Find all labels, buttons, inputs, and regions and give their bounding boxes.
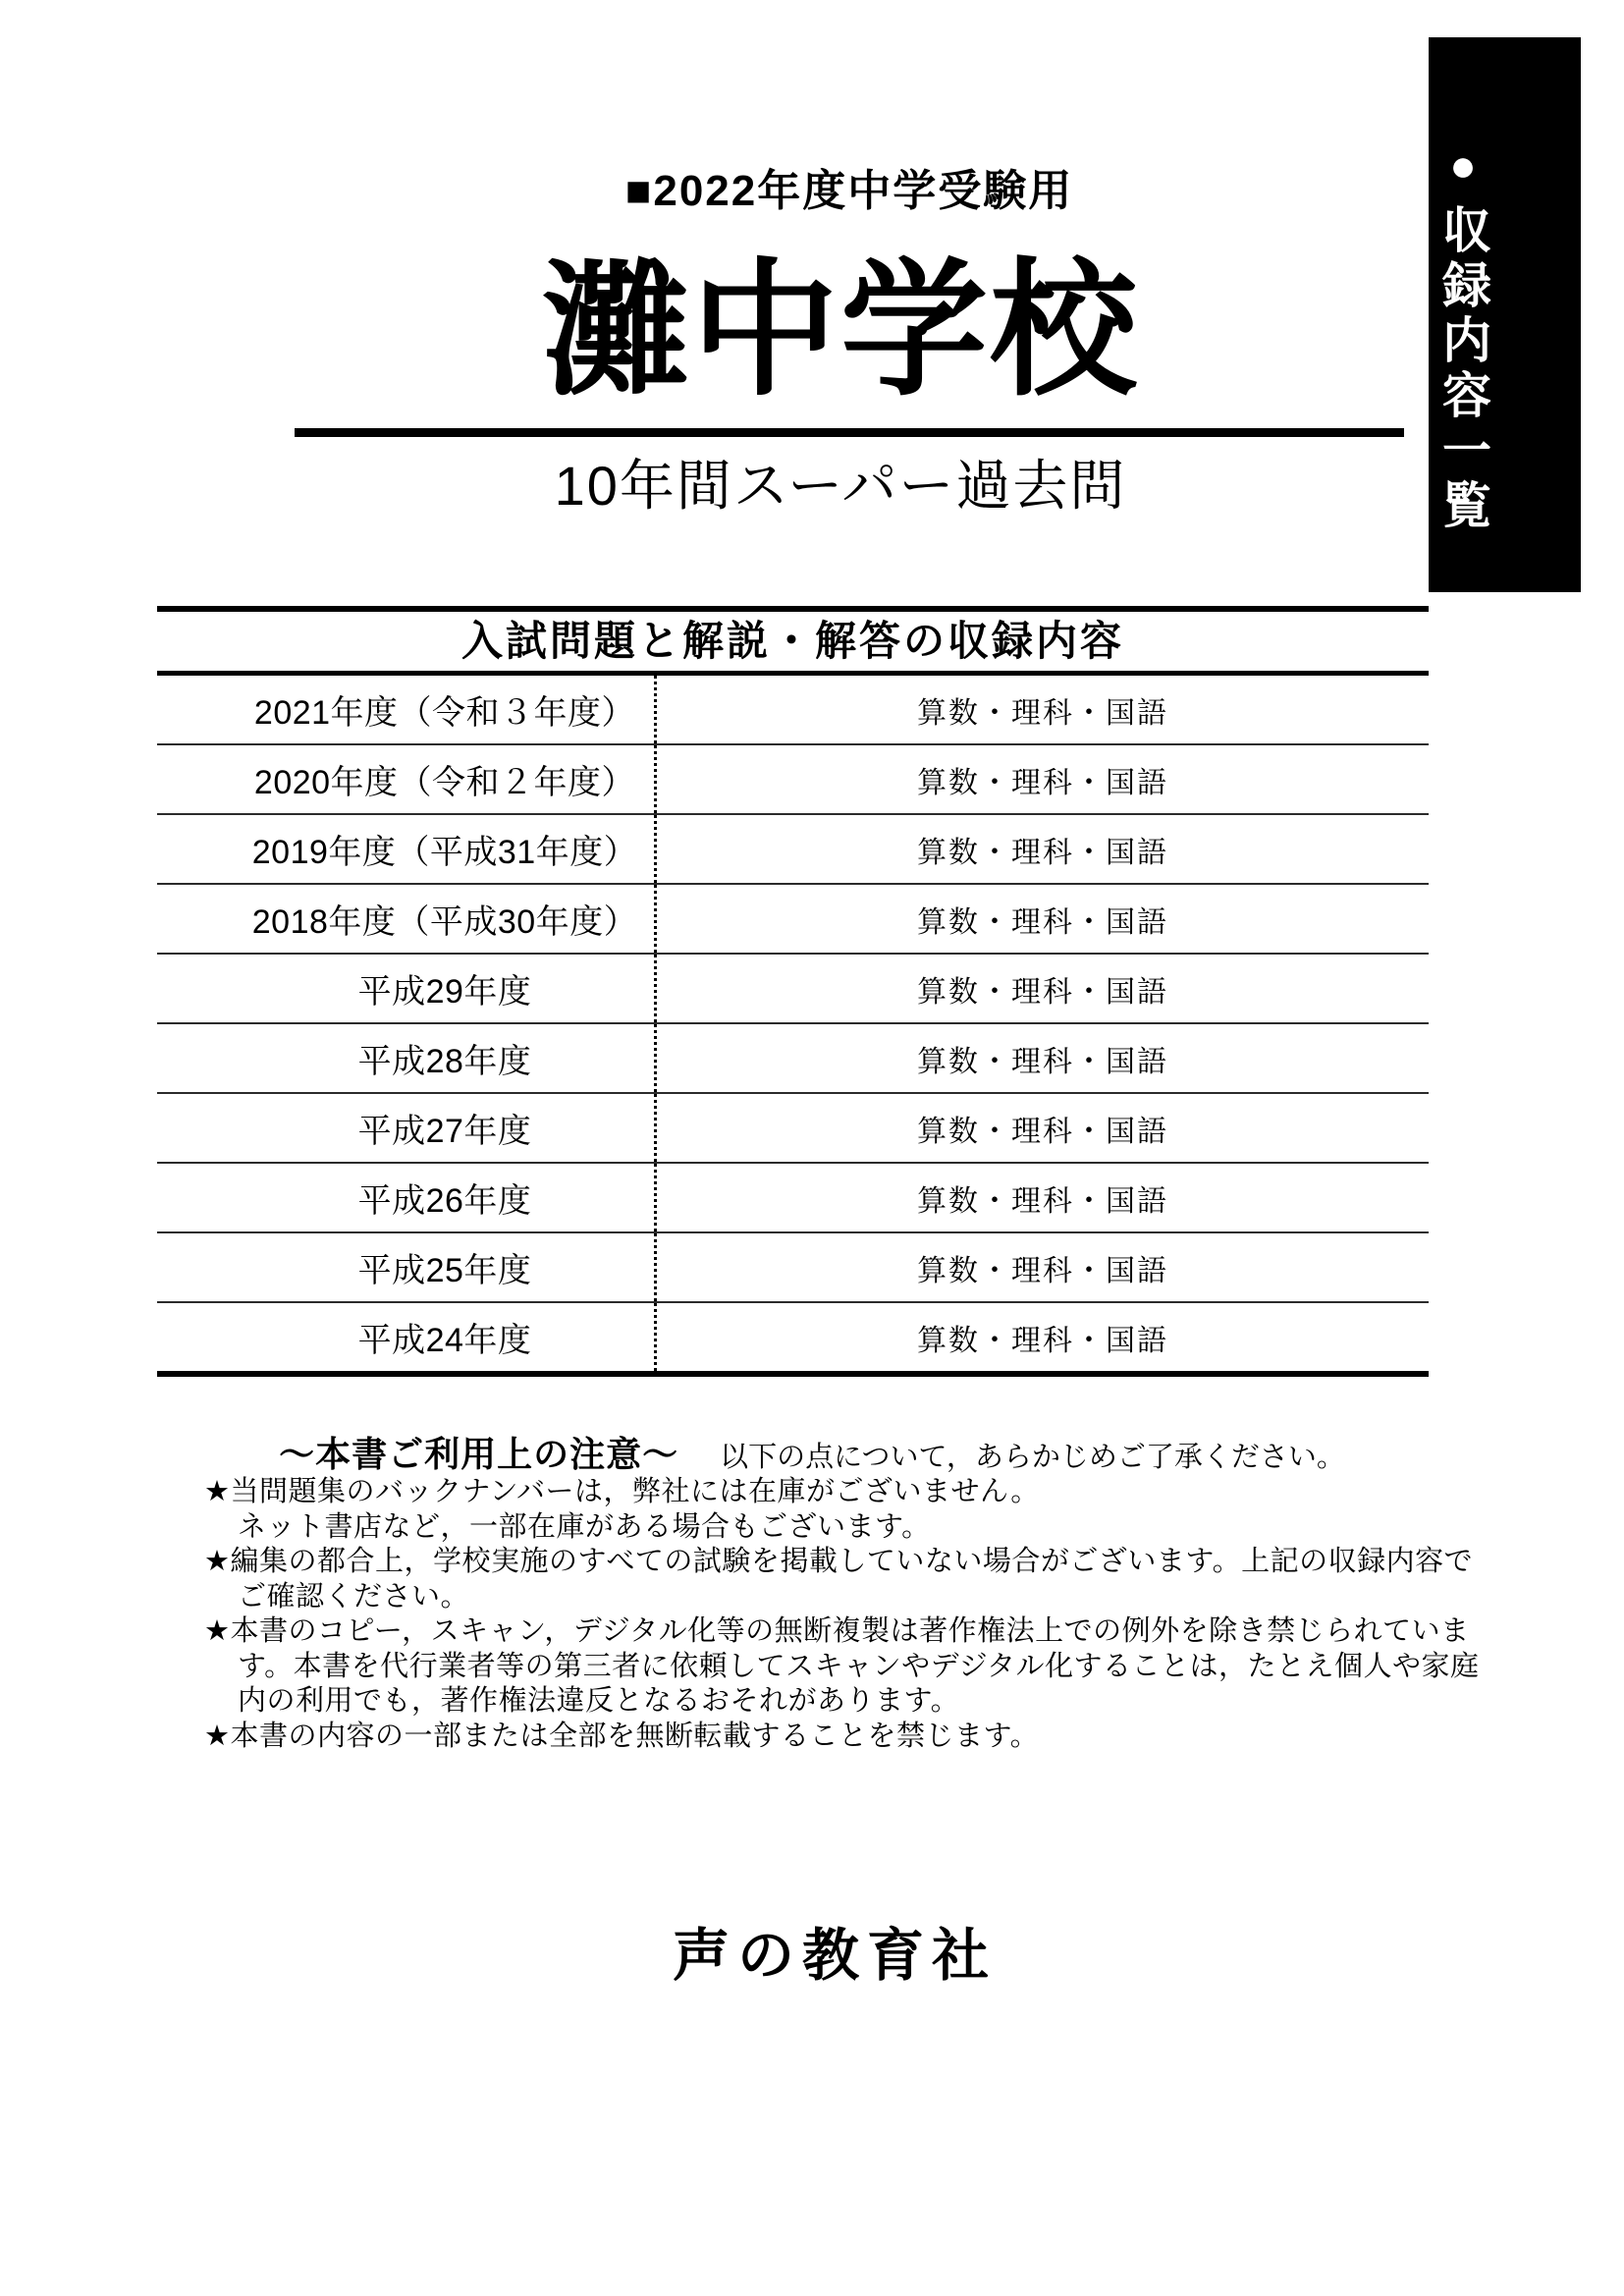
usage-notes-heading: ～本書ご利用上の注意～以下の点について，あらかじめご了承ください。 [0,1427,1624,1477]
year-cell: 平成24年度 [157,1303,654,1371]
subjects-cell: 算数・理科・国語 [654,955,1429,1022]
table-row: 平成29年度 算数・理科・国語 [157,955,1429,1024]
year-cell: 2019年度（平成31年度） [157,815,654,883]
recorded-contents-banner-text: ●収録内容一覧 [1433,139,1493,534]
subjects-cell: 算数・理科・国語 [654,1094,1429,1162]
publisher-name: 声の教育社 [0,1909,1624,1992]
usage-notes-heading-sub: 以下の点について，あらかじめご了承ください。 [720,1442,1345,1473]
bullet-circle-icon: ● [1437,139,1489,204]
table-title: 入試問題と解説・解答の収録内容 [157,606,1429,676]
year-cell: 2018年度（平成30年度） [157,885,654,953]
year-cell: 平成27年度 [157,1094,654,1162]
note-line: 内の利用でも，著作権法違反となるおそれがあります。 [238,1684,1479,1720]
note-line: ★当問題集のバックナンバーは，弊社には在庫がございません。 [204,1475,1479,1510]
series-subtitle: 10年間スーパー過去問 [0,459,1624,514]
subjects-cell: 算数・理科・国語 [654,1024,1429,1092]
year-cell: 2021年度（令和３年度） [157,676,654,743]
book-cover-page: ■2022年度中学受験用 灘中学校 10年間スーパー過去問 ●収録内容一覧 入試… [0,0,1624,2296]
usage-notes-heading-main: ～本書ご利用上の注意～ [279,1434,678,1474]
table-row: 2019年度（平成31年度） 算数・理科・国語 [157,815,1429,885]
subjects-cell: 算数・理科・国語 [654,676,1429,743]
note-line: ネット書店など，一部在庫がある場合もございます。 [238,1510,1479,1546]
recorded-contents-table: 入試問題と解説・解答の収録内容 2021年度（令和３年度） 算数・理科・国語 2… [157,606,1429,1377]
subjects-cell: 算数・理科・国語 [654,885,1429,953]
subjects-cell: 算数・理科・国語 [654,815,1429,883]
year-cell: 平成29年度 [157,955,654,1022]
table-row: 平成24年度 算数・理科・国語 [157,1303,1429,1371]
note-line: ご確認ください。 [238,1580,1479,1615]
recorded-contents-banner: ●収録内容一覧 [1429,37,1581,592]
banner-label: 収録内容一覧 [1435,204,1490,534]
subjects-cell: 算数・理科・国語 [654,1233,1429,1301]
table-row: 2018年度（平成30年度） 算数・理科・国語 [157,885,1429,955]
table-row: 平成28年度 算数・理科・国語 [157,1024,1429,1094]
year-cell: 2020年度（令和２年度） [157,745,654,813]
note-line: す。本書を代行業者等の第三者に依頼してスキャンやデジタル化することは，たとえ個人… [238,1650,1479,1685]
usage-notes-list: ★当問題集のバックナンバーは，弊社には在庫がございません。 ネット書店など，一部… [204,1475,1479,1754]
edition-label: ■2022年度中学受験用 [0,155,1624,218]
table-row: 2021年度（令和３年度） 算数・理科・国語 [157,676,1429,745]
note-line: ★編集の都合上，学校実施のすべての試験を掲載していない場合がございます。上記の収… [204,1545,1479,1580]
year-cell: 平成25年度 [157,1233,654,1301]
title-underline-rule [295,428,1404,437]
subjects-cell: 算数・理科・国語 [654,745,1429,813]
subjects-cell: 算数・理科・国語 [654,1164,1429,1231]
note-line: ★本書のコピー，スキャン，デジタル化等の無断複製は著作権法上での例外を除き禁じら… [204,1614,1479,1650]
table-row: 平成26年度 算数・理科・国語 [157,1164,1429,1233]
table-row: 平成27年度 算数・理科・国語 [157,1094,1429,1164]
year-cell: 平成26年度 [157,1164,654,1231]
year-cell: 平成28年度 [157,1024,654,1092]
school-name-title: 灘中学校 [0,253,1624,407]
table-row: 2020年度（令和２年度） 算数・理科・国語 [157,745,1429,815]
subjects-cell: 算数・理科・国語 [654,1303,1429,1371]
note-line: ★本書の内容の一部または全部を無断転載することを禁じます。 [204,1720,1479,1755]
table-row: 平成25年度 算数・理科・国語 [157,1233,1429,1303]
